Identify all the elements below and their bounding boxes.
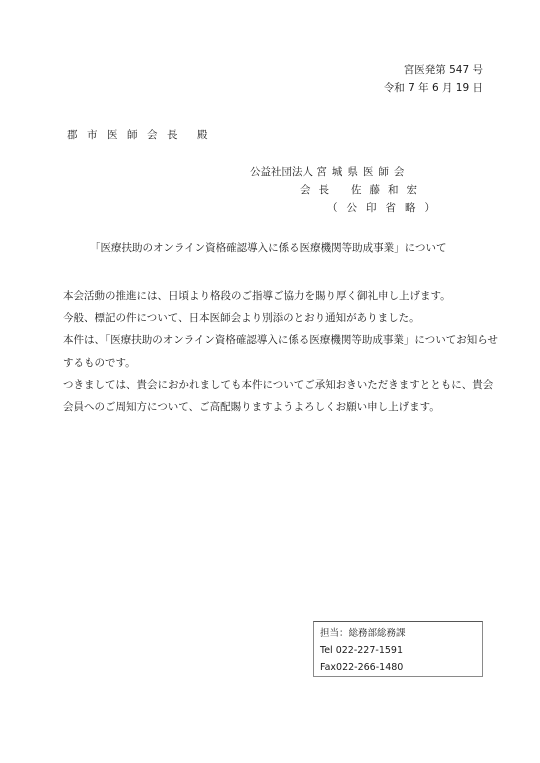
recipient-name: 郡市医師会長: [67, 129, 187, 141]
body-paragraph: 今般、標記の件について、日本医師会より別添のとおり通知がありました。: [52, 307, 502, 329]
sender-title: 会長: [300, 184, 337, 196]
document-body: 本会活動の推進には、日頃より格段のご指導ご協力を賜り厚く御礼申し上げます。 今般…: [52, 285, 502, 418]
document-date: 令和 7 年 6 月 19 日: [384, 80, 483, 95]
sender-org-prefix: 公益社団法人: [250, 166, 313, 178]
contact-department: 担当：総務部総務課: [320, 625, 482, 642]
sender-organization: 公益社団法人 宮城県医師会: [250, 164, 409, 179]
sender-signature: 会長佐藤和宏: [300, 182, 425, 197]
seal-omitted-note: （公印省略）: [327, 200, 444, 215]
sender-name: 佐藤和宏: [351, 184, 425, 196]
contact-fax: Fax022-266-1480: [320, 659, 482, 676]
document-page: 宮医発第 547 号 令和 7 年 6 月 19 日 郡市医師会長殿 公益社団法…: [0, 0, 540, 763]
document-subject: 「医療扶助のオンライン資格確認導入に係る医療機関等助成事業」について: [90, 240, 446, 255]
contact-info-box: 担当：総務部総務課 Tel 022-227-1591 Fax022-266-14…: [313, 621, 483, 677]
contact-tel: Tel 022-227-1591: [320, 642, 482, 659]
recipient-honorific: 殿: [197, 129, 217, 141]
sender-org-name: 宮城県医師会: [316, 166, 409, 178]
document-number: 宮医発第 547 号: [404, 62, 483, 77]
body-paragraph: つきましては、貴会におかれましても本件についてご承知おきいただきますとともに、貴…: [52, 374, 502, 418]
body-paragraph: 本件は、「医療扶助のオンライン資格確認導入に係る医療機関等助成事業」についてお知…: [52, 329, 502, 373]
body-paragraph: 本会活動の推進には、日頃より格段のご指導ご協力を賜り厚く御礼申し上げます。: [52, 285, 502, 307]
recipient: 郡市医師会長殿: [67, 127, 217, 142]
